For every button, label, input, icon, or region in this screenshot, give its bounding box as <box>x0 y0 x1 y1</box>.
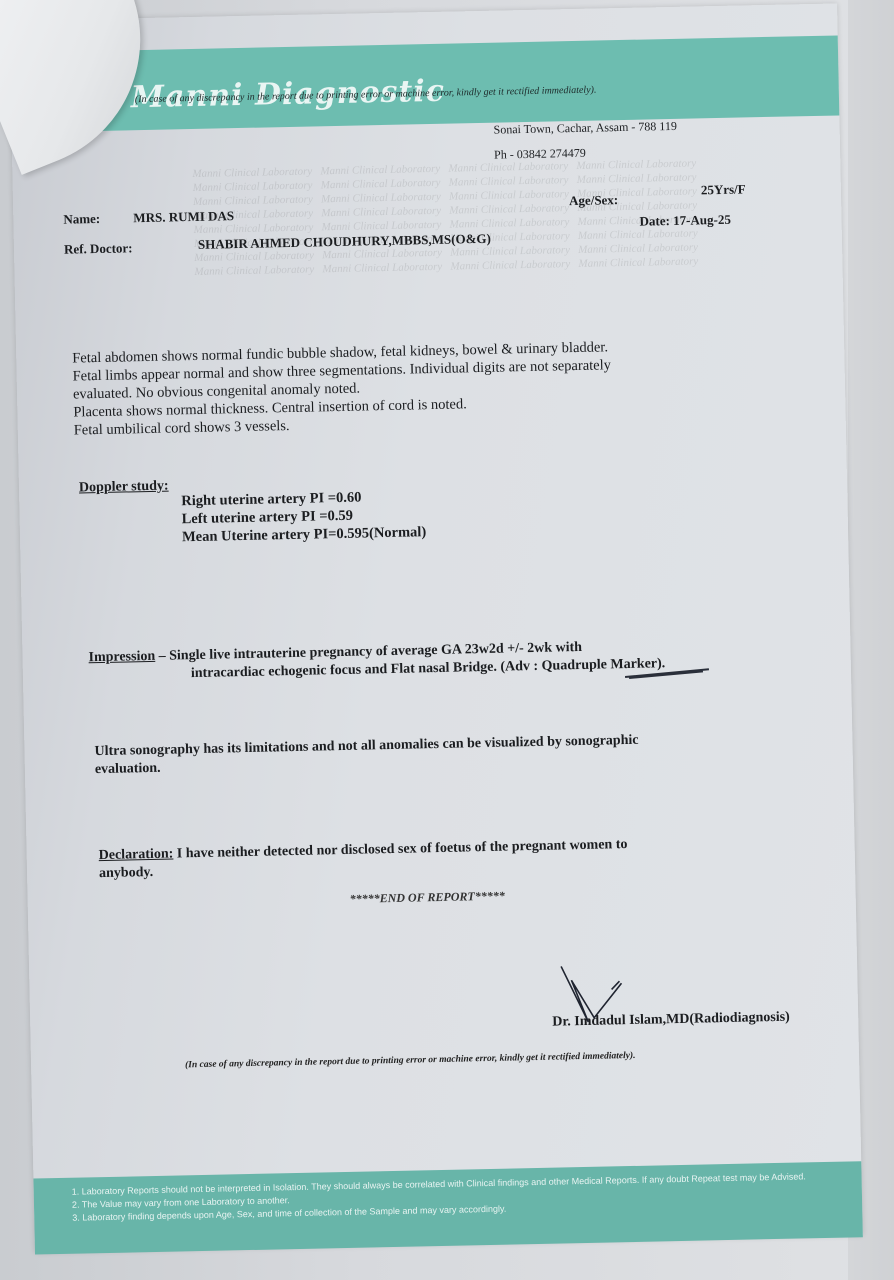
end-of-report-marker: *****END OF REPORT***** <box>350 889 505 907</box>
impression-dash: – <box>155 649 169 664</box>
signature-disclaimer: (In case of any discrepancy in the repor… <box>185 1051 636 1070</box>
age-sex-value: 25Yrs/F <box>701 181 746 198</box>
declaration-section: Declaration: I have neither detected nor… <box>99 836 628 883</box>
report-date: Date: 17-Aug-25 <box>639 212 731 230</box>
ref-doctor-label: Ref. Doctor: <box>64 240 133 257</box>
doppler-heading: Doppler study: <box>79 478 169 498</box>
doppler-values: Right uterine artery PI =0.60 Left uteri… <box>181 487 426 546</box>
patient-name-label: Name: <box>63 211 100 228</box>
patient-name-value: MRS. RUMI DAS <box>133 208 234 226</box>
limitation-note: Ultra sonography has its limitations and… <box>94 732 639 779</box>
findings-paragraph: Fetal abdomen shows normal fundic bubble… <box>72 338 612 439</box>
footer-band: 1. Laboratory Reports should not be inte… <box>33 1161 862 1254</box>
report-sheet: L Group Manni Diagnostic (In case of any… <box>9 3 863 1252</box>
pen-underline-mark <box>623 666 713 680</box>
impression-label: Impression <box>88 649 155 665</box>
lab-address: Sonai Town, Cachar, Assam - 788 119 <box>493 119 677 138</box>
report-date-value: 17-Aug-25 <box>673 212 731 228</box>
declaration-label: Declaration: <box>99 847 174 864</box>
report-date-label: Date: <box>639 213 670 229</box>
doppler-mean-pi: Mean Uterine artery PI=0.595(Normal) <box>182 523 427 546</box>
age-sex-label: Age/Sex: <box>569 192 618 209</box>
